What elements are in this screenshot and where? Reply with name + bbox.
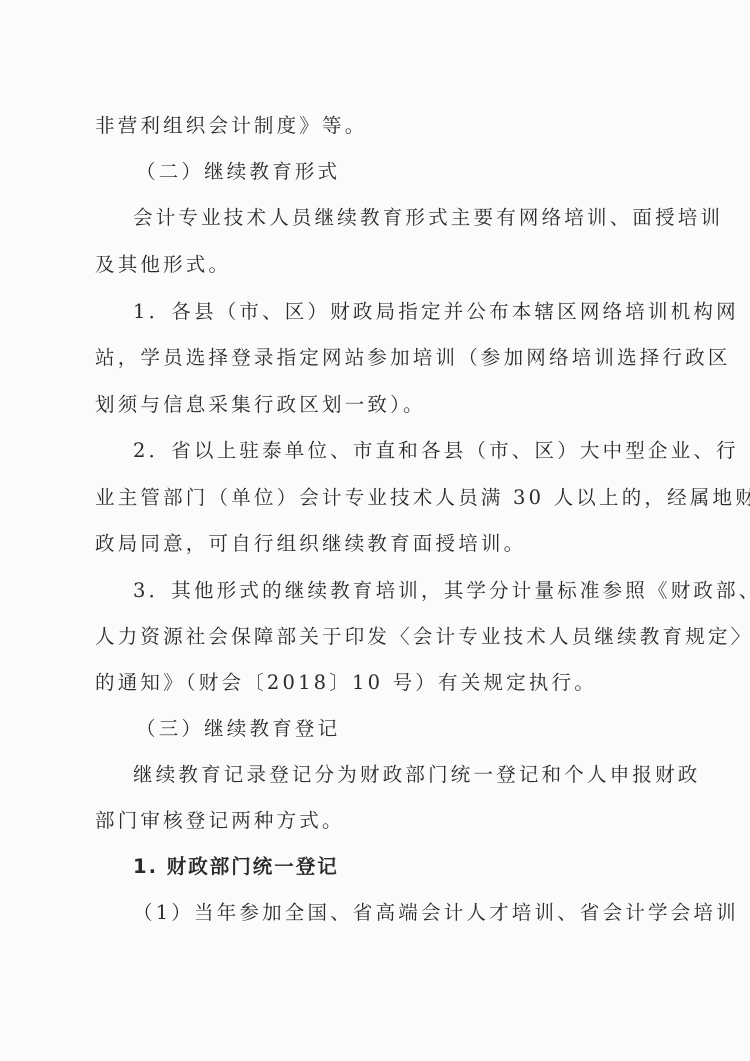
- paragraph-line: 会计专业技术人员继续教育形式主要有网络培训、面授培训: [133, 204, 723, 232]
- list-item-2-line: 政局同意，可自行组织继续教育面授培训。: [95, 530, 526, 558]
- list-item-1-line: 站，学员选择登录指定网站参加培训（参加网络培训选择行政区: [95, 344, 731, 372]
- document-page: 非营利组织会计制度》等。 （二）继续教育形式 会计专业技术人员继续教育形式主要有…: [0, 0, 750, 1061]
- paragraph-line: （1）当年参加全国、省高端会计人才培训、省会计学会培训: [133, 899, 739, 927]
- list-item-1-line: 1．各县（市、区）财政局指定并公布本辖区网络培训机构网: [133, 298, 739, 326]
- list-item-2-line: 业主管部门（单位）会计专业技术人员满 30 人以上的，经属地财: [95, 484, 750, 512]
- list-item-3-line: 人力资源社会保障部关于印发〈会计专业技术人员继续教育规定〉: [95, 623, 750, 651]
- body-text-line: 非营利组织会计制度》等。: [95, 112, 367, 140]
- list-item-2-line: 2．省以上驻泰单位、市直和各县（市、区）大中型企业、行: [133, 437, 739, 465]
- subsection-heading: 1. 财政部门统一登记: [133, 853, 339, 881]
- paragraph-line: 继续教育记录登记分为财政部门统一登记和个人申报财政: [133, 761, 701, 789]
- section-heading-3: （三）继续教育登记: [136, 715, 340, 743]
- paragraph-line: 部门审核登记两种方式。: [95, 807, 345, 835]
- body-text-line: 及其他形式。: [95, 251, 231, 279]
- list-item-1-line: 划须与信息采集行政区划一致）。: [95, 391, 426, 419]
- section-heading-2: （二）继续教育形式: [136, 158, 340, 186]
- list-item-3-line: 3．其他形式的继续教育培训，其学分计量标准参照《财政部、: [133, 577, 750, 605]
- list-item-3-line: 的通知》（财会〔2018〕10 号）有关规定执行。: [95, 669, 597, 697]
